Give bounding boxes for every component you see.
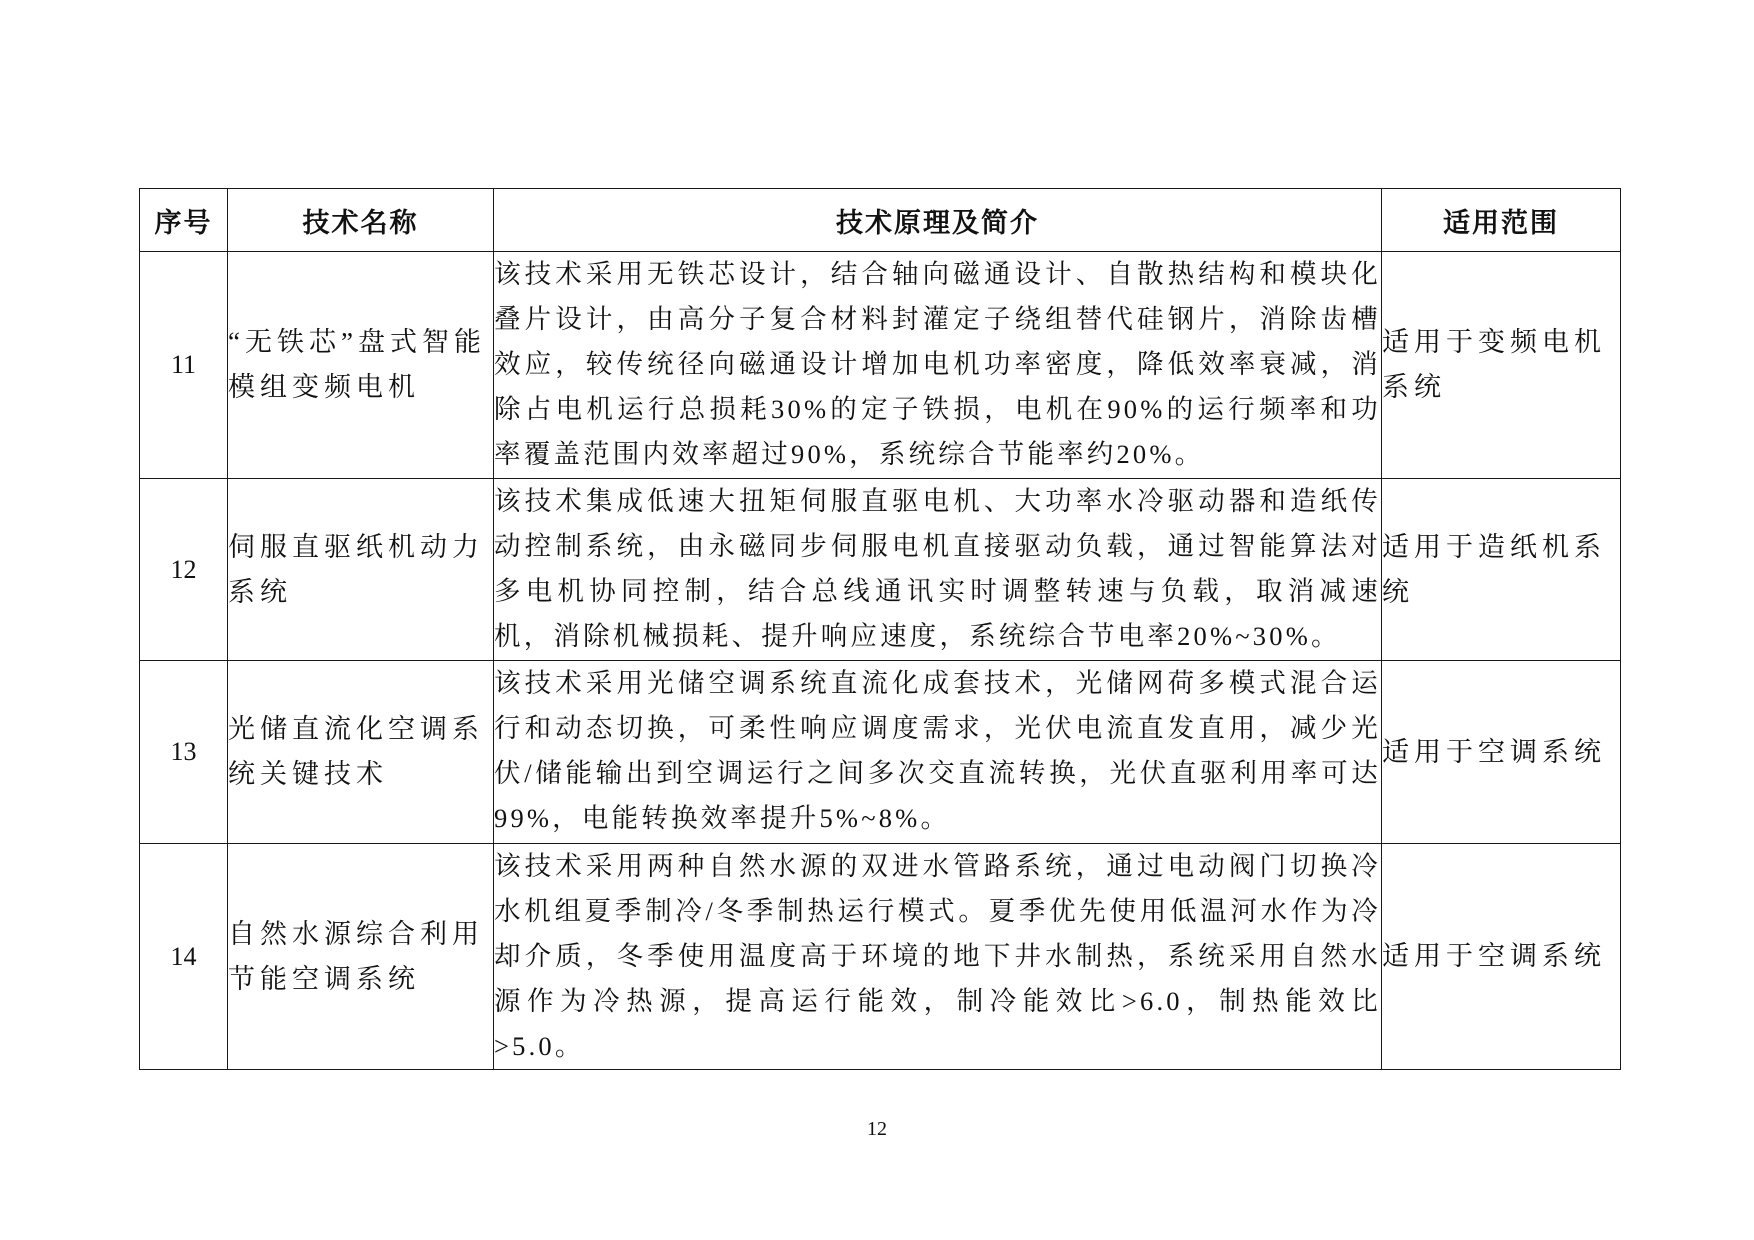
- row-number: 11: [140, 252, 228, 479]
- tech-scope: 适用于造纸机系统: [1382, 479, 1621, 661]
- tech-description: 该技术采用两种自然水源的双进水管路系统，通过电动阀门切换冷水机组夏季制冷/冬季制…: [494, 844, 1382, 1070]
- tech-name: 光储直流化空调系统关键技术: [228, 661, 494, 844]
- header-scope: 适用范围: [1382, 189, 1621, 252]
- page-number: 12: [0, 1118, 1754, 1141]
- row-number: 12: [140, 479, 228, 661]
- table-row: 14 自然水源综合利用节能空调系统 该技术采用两种自然水源的双进水管路系统，通过…: [140, 844, 1621, 1070]
- header-tech-name: 技术名称: [228, 189, 494, 252]
- header-number: 序号: [140, 189, 228, 252]
- header-description: 技术原理及简介: [494, 189, 1382, 252]
- tech-name: 自然水源综合利用节能空调系统: [228, 844, 494, 1070]
- technology-table: 序号 技术名称 技术原理及简介 适用范围 11 “无铁芯”盘式智能模组变频电机 …: [139, 188, 1621, 1070]
- table-row: 11 “无铁芯”盘式智能模组变频电机 该技术采用无铁芯设计，结合轴向磁通设计、自…: [140, 252, 1621, 479]
- tech-scope: 适用于空调系统: [1382, 661, 1621, 844]
- table-row: 13 光储直流化空调系统关键技术 该技术采用光储空调系统直流化成套技术，光储网荷…: [140, 661, 1621, 844]
- tech-description: 该技术集成低速大扭矩伺服直驱电机、大功率水冷驱动器和造纸传动控制系统，由永磁同步…: [494, 479, 1382, 661]
- table-header-row: 序号 技术名称 技术原理及简介 适用范围: [140, 189, 1621, 252]
- tech-scope: 适用于空调系统: [1382, 844, 1621, 1070]
- tech-scope: 适用于变频电机系统: [1382, 252, 1621, 479]
- tech-name: “无铁芯”盘式智能模组变频电机: [228, 252, 494, 479]
- row-number: 13: [140, 661, 228, 844]
- tech-name: 伺服直驱纸机动力系统: [228, 479, 494, 661]
- tech-description: 该技术采用无铁芯设计，结合轴向磁通设计、自散热结构和模块化叠片设计，由高分子复合…: [494, 252, 1382, 479]
- table-row: 12 伺服直驱纸机动力系统 该技术集成低速大扭矩伺服直驱电机、大功率水冷驱动器和…: [140, 479, 1621, 661]
- row-number: 14: [140, 844, 228, 1070]
- tech-description: 该技术采用光储空调系统直流化成套技术，光储网荷多模式混合运行和动态切换，可柔性响…: [494, 661, 1382, 844]
